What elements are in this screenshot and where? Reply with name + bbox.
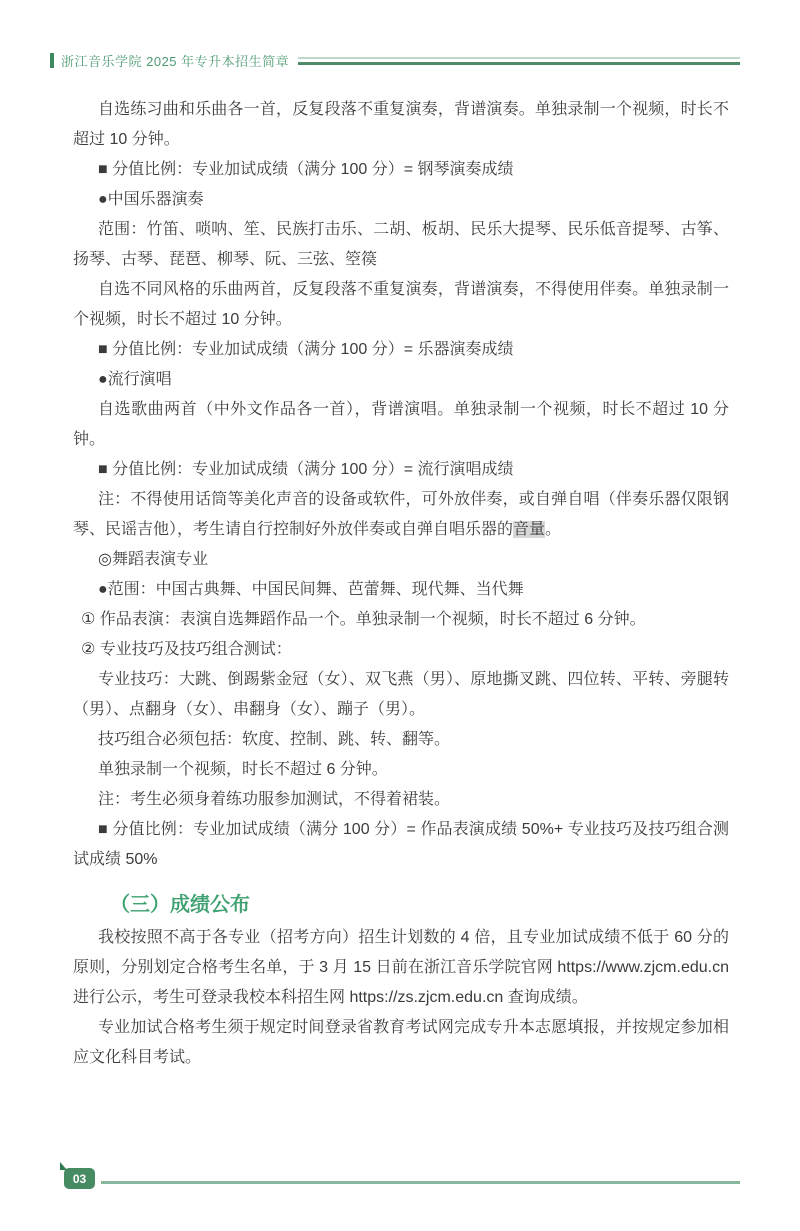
document-footer: 03 <box>64 1168 740 1189</box>
paragraph: ●流行演唱 <box>73 365 729 395</box>
header-title: 浙江音乐学院 2025 年专升本招生简章 <box>61 51 289 70</box>
paragraph: ① 作品表演：表演自选舞蹈作品一个。单独录制一个视频，时长不超过 6 分钟。 <box>73 605 729 635</box>
document-body: 自选练习曲和乐曲各一首，反复段落不重复演奏，背谱演奏。单独录制一个视频，时长不超… <box>73 95 729 1073</box>
header-accent-bar-icon <box>50 53 54 68</box>
badge-flag-icon <box>60 1162 67 1170</box>
paragraph: 注：不得使用话筒等美化声音的设备或软件，可外放伴奏，或自弹自唱（伴奏乐器仅限钢琴… <box>73 485 729 545</box>
header-double-rule <box>298 57 740 65</box>
paragraph: 单独录制一个视频，时长不超过 6 分钟。 <box>73 755 729 785</box>
paragraph: 自选练习曲和乐曲各一首，反复段落不重复演奏，背谱演奏。单独录制一个视频，时长不超… <box>73 95 729 155</box>
paragraph: ◎舞蹈表演专业 <box>73 545 729 575</box>
page-number: 03 <box>73 1172 86 1186</box>
paragraph: ■ 分值比例：专业加试成绩（满分 100 分）= 乐器演奏成绩 <box>73 335 729 365</box>
paragraph: 专业加试合格考生须于规定时间登录省教育考试网完成专升本志愿填报，并按规定参加相应… <box>73 1013 729 1073</box>
paragraph: 专业技巧：大跳、倒踢紫金冠（女）、双飞燕（男）、原地撕叉跳、四位转、平转、旁腿转… <box>73 665 729 725</box>
section-heading: （三）成绩公布 <box>73 890 729 920</box>
paragraph: ●中国乐器演奏 <box>73 185 729 215</box>
paragraph: 我校按照不高于各专业（招考方向）招生计划数的 4 倍，且专业加试成绩不低于 60… <box>73 923 729 1013</box>
paragraph: ■ 分值比例：专业加试成绩（满分 100 分）= 流行演唱成绩 <box>73 455 729 485</box>
footer-rule <box>101 1181 740 1184</box>
paragraph: 技巧组合必须包括：软度、控制、跳、转、翻等。 <box>73 725 729 755</box>
paragraph: 自选不同风格的乐曲两首，反复段落不重复演奏，背谱演奏，不得使用伴奏。单独录制一个… <box>73 275 729 335</box>
document-header: 浙江音乐学院 2025 年专升本招生简章 <box>50 51 740 70</box>
highlighted-text: 音量 <box>513 521 545 538</box>
document-page: 浙江音乐学院 2025 年专升本招生简章 自选练习曲和乐曲各一首，反复段落不重复… <box>0 0 800 1231</box>
page-number-badge: 03 <box>64 1168 95 1189</box>
paragraph: ●范围：中国古典舞、中国民间舞、芭蕾舞、现代舞、当代舞 <box>73 575 729 605</box>
paragraph: ■ 分值比例：专业加试成绩（满分 100 分）= 钢琴演奏成绩 <box>73 155 729 185</box>
paragraph: ■ 分值比例：专业加试成绩（满分 100 分）= 作品表演成绩 50%+ 专业技… <box>73 815 729 875</box>
paragraph: 自选歌曲两首（中外文作品各一首），背谱演唱。单独录制一个视频，时长不超过 10 … <box>73 395 729 455</box>
paragraph: 范围：竹笛、唢呐、笙、民族打击乐、二胡、板胡、民乐大提琴、民乐低音提琴、古筝、扬… <box>73 215 729 275</box>
paragraph: 注：考生必须身着练功服参加测试，不得着裙装。 <box>73 785 729 815</box>
paragraph: ② 专业技巧及技巧组合测试： <box>73 635 729 665</box>
